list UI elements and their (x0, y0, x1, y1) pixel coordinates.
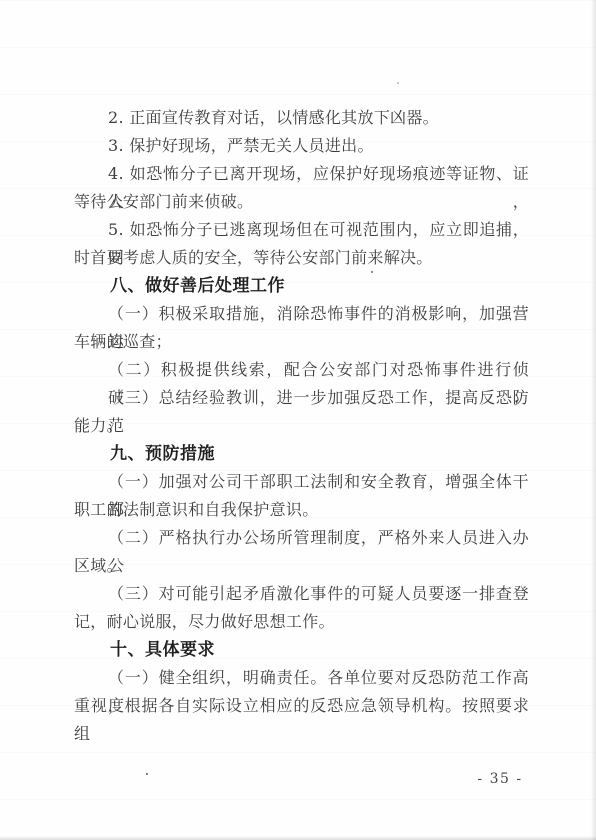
paragraph-line: （一）积极采取措施，消除恐怖事件的消极影响，加强营运 (74, 300, 529, 328)
section-heading-9: 九、预防措施 (74, 440, 529, 468)
paragraph-line: （一）健全组织，明确责任。各单位要对反恐防范工作高度 (74, 664, 529, 692)
paragraph-line: 职工的法制意识和自我保护意识。 (74, 496, 529, 524)
section-heading-10: 十、具体要求 (74, 636, 529, 664)
scan-speck (397, 82, 399, 84)
paragraph-line: 2. 正面宣传教育对话，以情感化其放下凶器。 (74, 104, 529, 132)
paragraph-line: 区域。 (74, 552, 529, 580)
paragraph-line: 时首要考虑人质的安全，等待公安部门前来解决。 (74, 244, 529, 272)
paragraph-line: （二）严格执行办公场所管理制度，严格外来人员进入办公 (74, 524, 529, 552)
scan-speck (146, 773, 148, 775)
paragraph-line: （三）总结经验教训，进一步加强反恐工作，提高反恐防范 (74, 384, 529, 412)
paragraph-line: 重视，根据各自实际设立相应的反恐应急领导机构。按照要求组 (74, 692, 529, 720)
document-body: 2. 正面宣传教育对话，以情感化其放下凶器。 3. 保护好现场，严禁无关人员进出… (74, 104, 529, 720)
scanned-document-page: 2. 正面宣传教育对话，以情感化其放下凶器。 3. 保护好现场，严禁无关人员进出… (0, 0, 596, 840)
paragraph-line: 3. 保护好现场，严禁无关人员进出。 (74, 132, 529, 160)
paragraph-line: 能力。 (74, 412, 529, 440)
paragraph-line: 5. 如恐怖分子已逃离现场但在可视范围内，应立即追捕，同 (74, 216, 529, 244)
scan-edge-bottom (0, 836, 596, 840)
scan-edge-right (591, 0, 596, 840)
section-heading-8: 八、做好善后处理工作 (74, 272, 529, 300)
paragraph-line: 车辆的巡查； (74, 328, 529, 356)
paragraph-line: 4. 如恐怖分子已离开现场，应保护好现场痕迹等证物、证人， (74, 160, 529, 188)
paragraph-line: （三）对可能引起矛盾激化事件的可疑人员要逐一排查登 (74, 580, 529, 608)
paragraph-line: （一）加强对公司干部职工法制和安全教育，增强全体干部 (74, 468, 529, 496)
paragraph-line: 记，耐心说服，尽力做好思想工作。 (74, 608, 529, 636)
paragraph-line: （二）积极提供线索，配合公安部门对恐怖事件进行侦破； (74, 356, 529, 384)
page-number: - 35 - (470, 769, 530, 789)
